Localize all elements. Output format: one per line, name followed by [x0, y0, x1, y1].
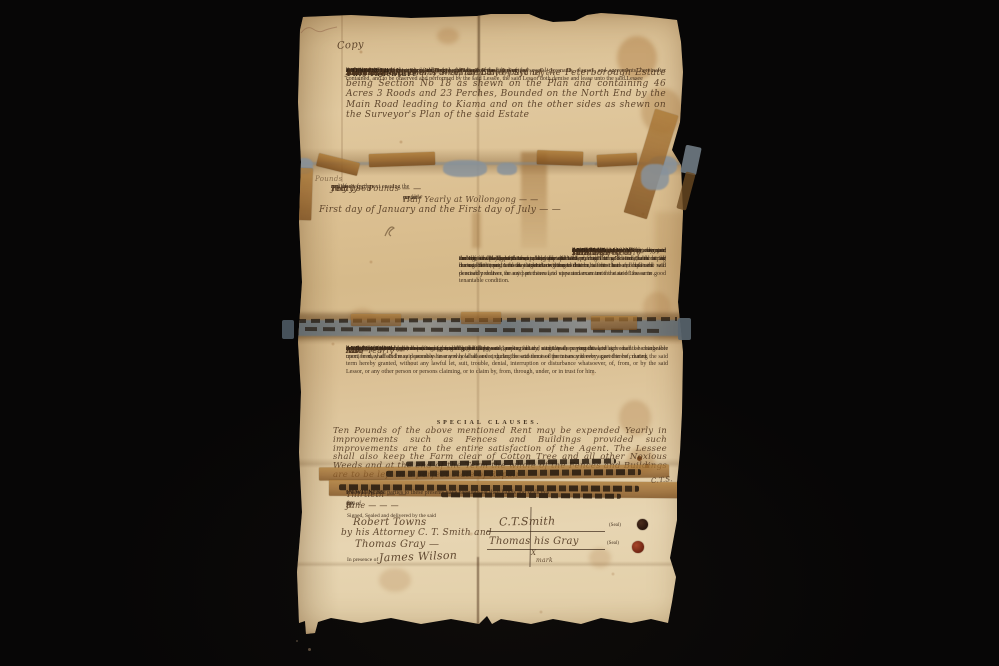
- tape-strip: [351, 314, 401, 326]
- stain: [437, 28, 459, 44]
- pencil-mark: [299, 22, 341, 38]
- stain: [589, 548, 611, 568]
- gray-tape-overhang: [680, 145, 701, 176]
- stain: [379, 568, 411, 592]
- attorney-line: by his Attorney C. T. Smith and: [341, 528, 492, 538]
- bottom-fold-crack: [477, 557, 479, 634]
- photo-scene: Copy This Indenture made the Thirtieth d…: [0, 0, 999, 666]
- document-paper: Copy This Indenture made the Thirtieth d…: [291, 12, 687, 634]
- seal-label: (Seal): [607, 541, 619, 546]
- presence-label: In presence of: [347, 557, 378, 565]
- tape-strip-left-edge: [291, 168, 313, 221]
- wax-seal-dark: [637, 519, 648, 530]
- gray-tape-overhang: [282, 320, 294, 339]
- copy-annotation: Copy: [337, 39, 365, 52]
- x-mark: X: [531, 549, 536, 557]
- tape-strip: [369, 152, 435, 167]
- tape-strip: [537, 150, 583, 166]
- signature-line: [487, 549, 605, 550]
- lessor-name: Robert Towns: [353, 517, 427, 528]
- gray-tape-blob: [497, 163, 517, 175]
- wax-seal-red: [632, 541, 644, 553]
- tape-strip: [597, 153, 638, 167]
- gray-tape-blob: [443, 160, 487, 177]
- paper-speck: [296, 640, 298, 642]
- signature-line: [487, 531, 605, 532]
- stain-streak: [472, 212, 481, 248]
- tape-strip: [591, 316, 637, 330]
- smith-signature: C.T.Smith: [499, 515, 556, 529]
- gray-signature: Thomas his Gray: [489, 536, 579, 547]
- ink-flourish: [381, 222, 397, 240]
- paper-speck: [308, 648, 311, 651]
- gray-tape-blob: [641, 164, 669, 190]
- tape-strip: [461, 312, 501, 324]
- lessee-name: Thomas Gray —: [355, 539, 439, 550]
- witness-signature: James Wilson: [379, 549, 458, 565]
- seal-label: (Seal): [609, 523, 621, 528]
- gray-tape-overhang: [678, 318, 691, 340]
- pounds-fragment: Pounds: [315, 175, 343, 183]
- mark-word: mark: [536, 557, 553, 564]
